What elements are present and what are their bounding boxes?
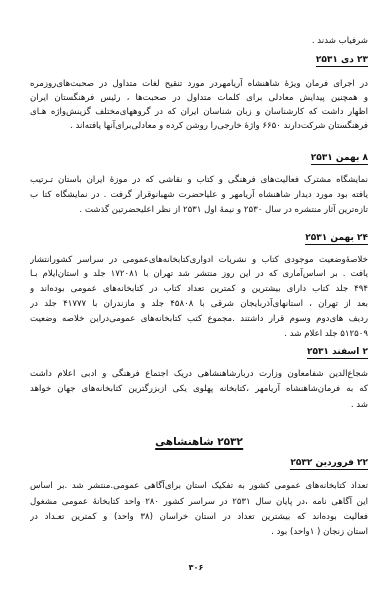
paragraph-line: ردیف های‌دوم وسوم قرار داشتند .مجموع کتب… <box>30 313 368 325</box>
year-heading: ۲۵۳۲ شاهنشاهی <box>155 436 243 450</box>
document-page: شرفیاب شدند . ۲۳ دی ۲۵۳۱ در اجرای فرمان … <box>30 0 368 600</box>
entry-date-heading: ۲۴ بهمن ۲۵۳۱ <box>305 232 368 245</box>
entry-date-heading: ۲ اسفند ۲۵۳۱ <box>307 346 368 359</box>
paragraph-line: که به فرمان‌شاهنشاه آریامهر ،کتابخانه په… <box>30 383 368 395</box>
paragraph-line: یافته بود مورد دیدار شاهنشاه آریامهر و ع… <box>30 189 368 201</box>
paragraph-line: شد . <box>30 399 368 411</box>
paragraph-line: فعالیت بوده‌اند که بیشترین تعداد در استا… <box>30 511 368 523</box>
paragraph-line: و همچنین پیدایش معادلی برای کلمات متداول… <box>30 92 368 104</box>
paragraph-line: استان زنجان ( ۱واحد) بود . <box>30 526 368 538</box>
paragraph-line: این آگاهی نامه ،در پایان سال ۲۵۳۱ در سرا… <box>30 496 368 508</box>
paragraph-line: شجاع‌الدین شفامعاون وزارت دربارشاهنشاهی … <box>30 368 368 380</box>
paragraph-line: فرهنگستان شرکت‌دارند ۶۶۵۰ واژه‌ٔ خارجی‌ر… <box>30 120 368 132</box>
paragraph-line: نمایشگاه مشترک فعالیت‌های فرهنگی و کتاب … <box>30 174 368 186</box>
paragraph-line: یافت . بر اساس‌آماری که در این روز منتشر… <box>30 268 368 280</box>
paragraph-line: در اجرای فرمان ویژه‌ٔ شاهنشاه آریامهردر … <box>30 78 368 90</box>
entry-date-heading: ۲۲ فروردین ۲۵۳۲ <box>290 457 368 470</box>
paragraph-line: تعداد کتابخانه‌های عمومی کشور به تفکیک ا… <box>30 480 368 492</box>
entry-date-heading: ۲۳ دی ۲۵۳۱ <box>316 54 368 67</box>
entry-date-heading: ۸ بهمن ۲۵۳۱ <box>311 152 368 165</box>
opening-line: شرفیاب شدند . <box>30 35 368 47</box>
paragraph-line: تازه‌ترین آثار منتشره در سال ۲۵۳۰ و نیمه… <box>30 204 368 216</box>
paragraph-line: اظهار داشت که کارشناسان و زبان شناسان ای… <box>30 106 368 118</box>
paragraph-line: بعد از تهران ، استانهای‌آذربایجان شرقی ب… <box>30 298 368 310</box>
page-number: ۳۰۶ <box>0 563 392 572</box>
paragraph-line: ۵۱۲۵۰۹ جلد اعلام شد . <box>30 328 368 340</box>
paragraph-line: ۴۹۴ جلد کتاب دارای بیشترین و کمترین تعدا… <box>30 283 368 295</box>
paragraph-line: خلاصه‌ٔوضعیت موجودی کتاب و نشریات ادواری… <box>30 254 368 266</box>
